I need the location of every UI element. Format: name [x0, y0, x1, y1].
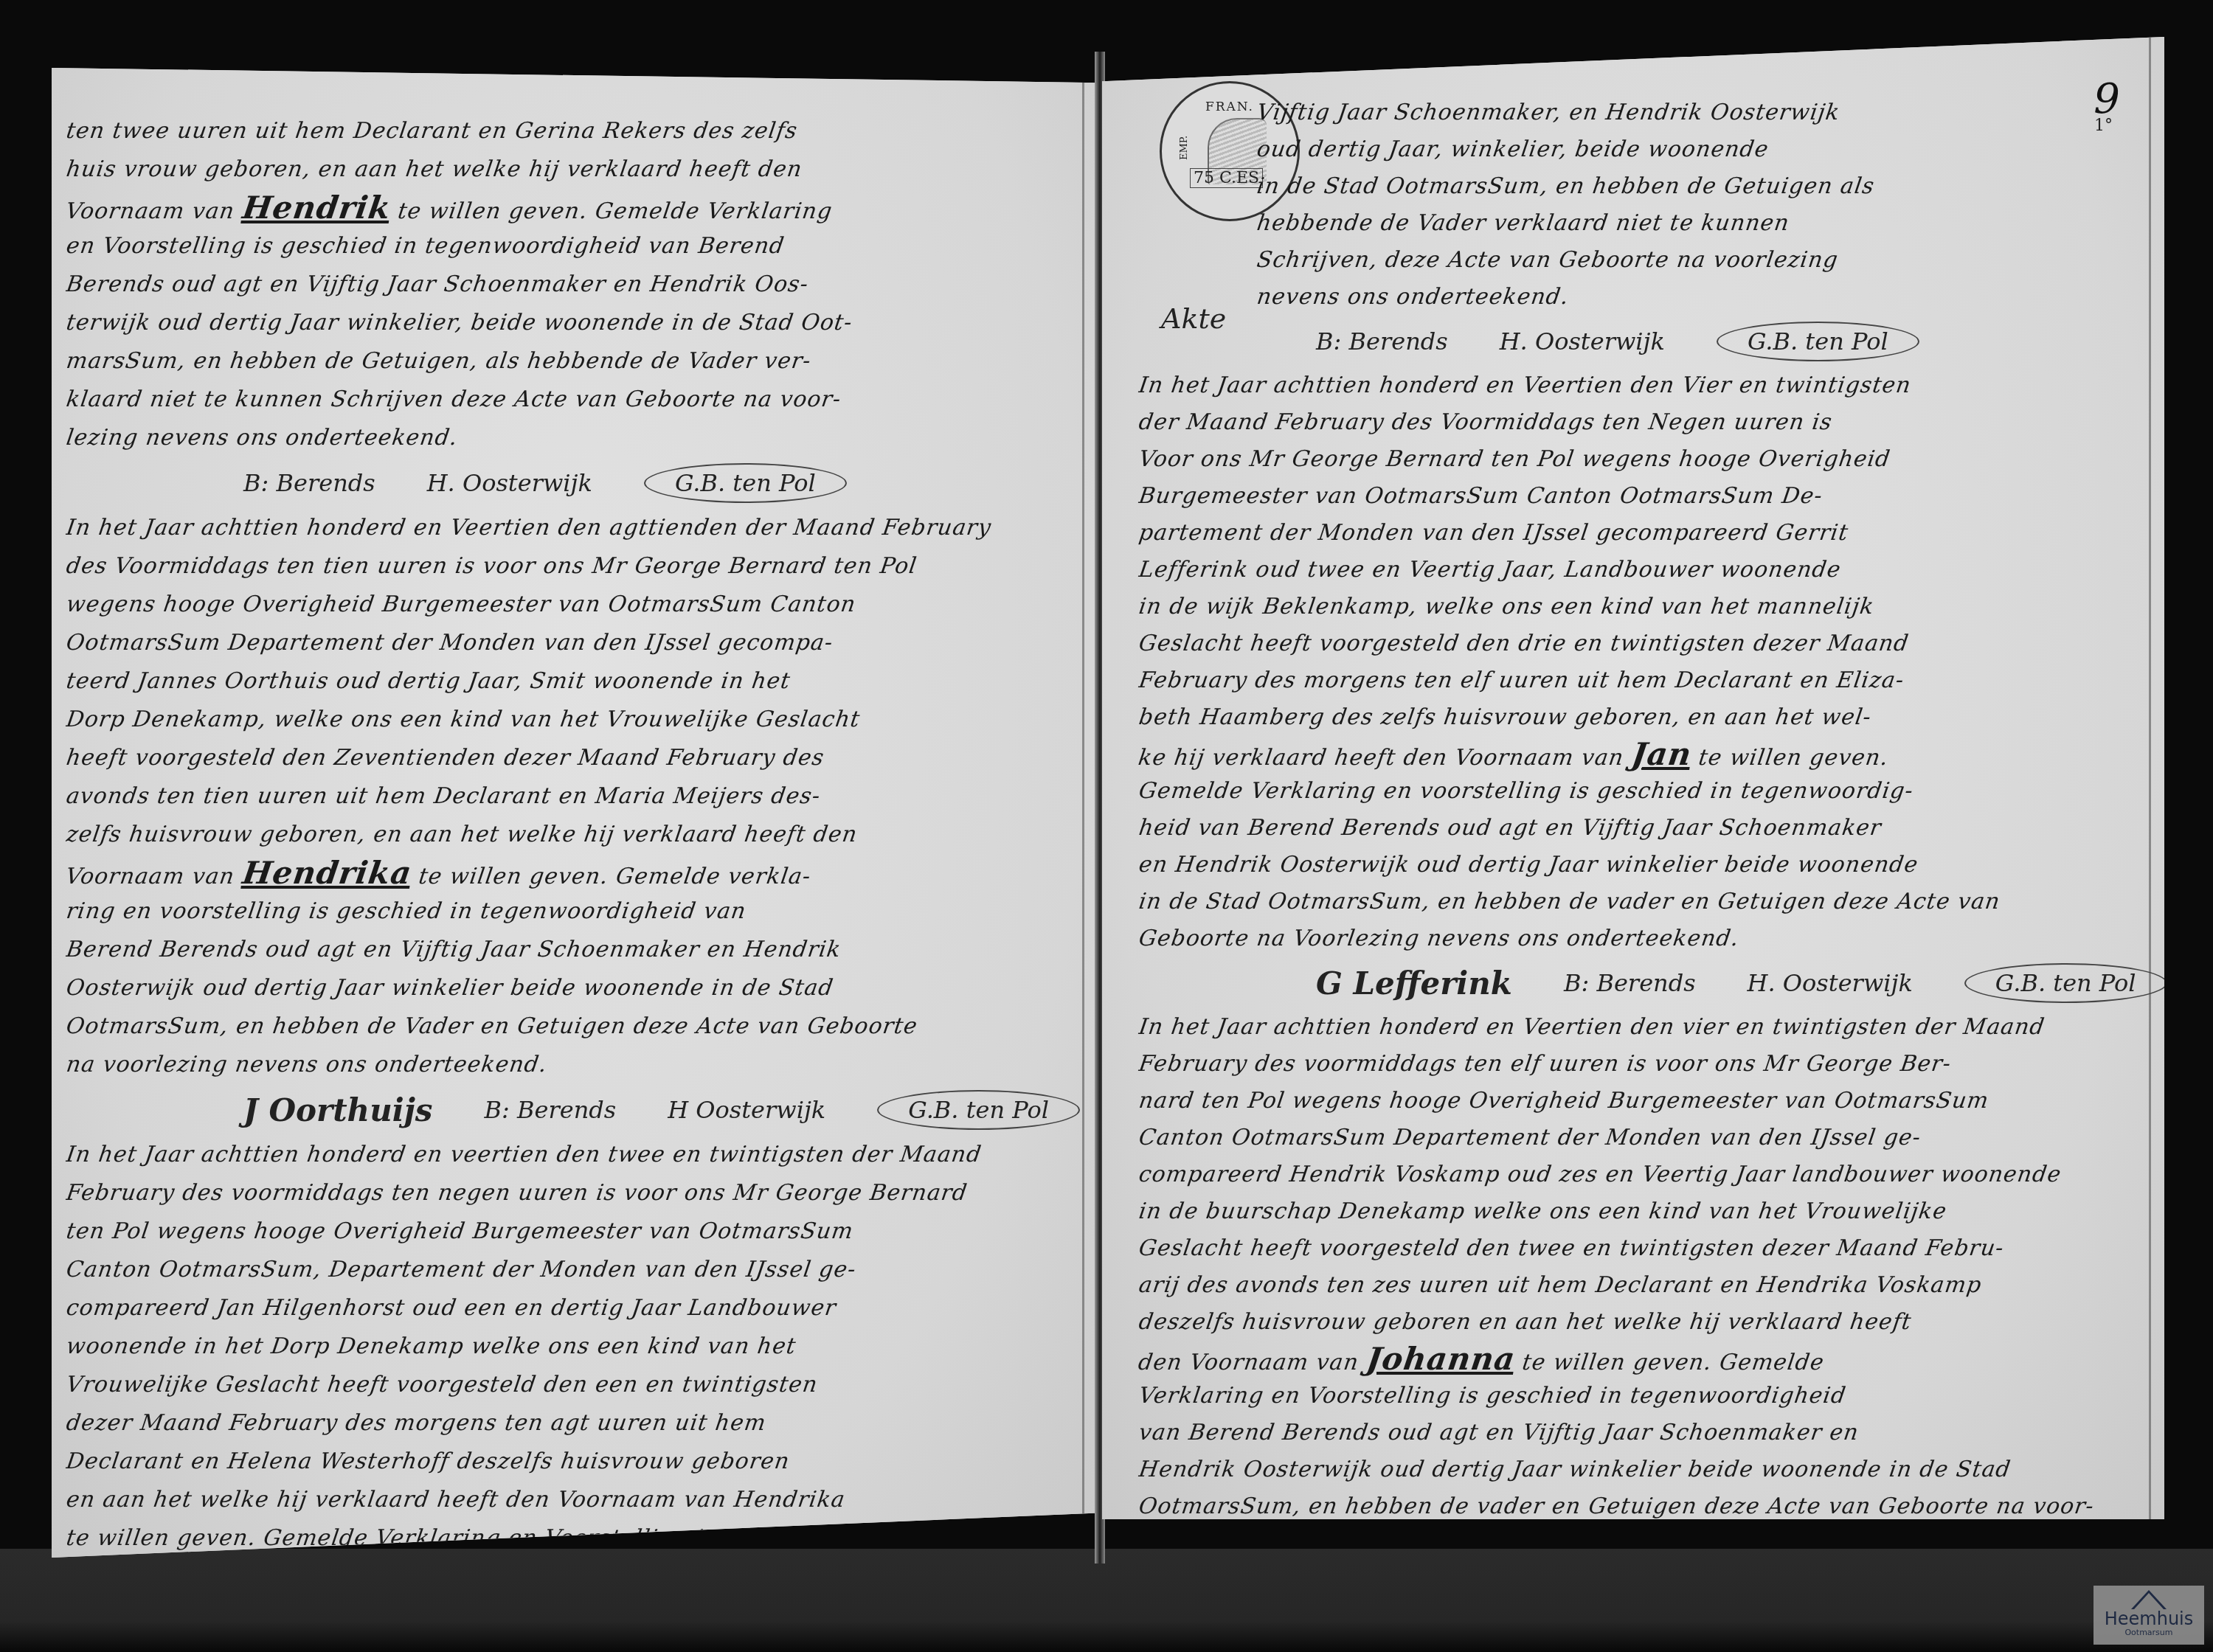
handwritten-line: beth Haamberg des zelfs huisvrouw gebore… — [1136, 699, 2164, 736]
handwritten-line: Oosterwijk oud dertig Jaar winkelier bei… — [63, 969, 1098, 1007]
given-name: Jan — [1630, 736, 1694, 772]
handwritten-line: partement der Monden van den IJssel geco… — [1136, 515, 2164, 552]
handwritten-line: Vijftig Jaar Schoenmaker, en Hendrik Oos… — [1136, 94, 2164, 131]
right-page: FRAN. EMP. 75 C.ES 9 1° Akte Vijftig Jaa… — [1102, 37, 2164, 1519]
handwritten-line: OotmarsSum, en hebben de vader en Getuig… — [1136, 1488, 2164, 1519]
handwritten-line: Geslacht heeft voorgesteld den twee en t… — [1136, 1230, 2164, 1267]
handwritten-line: Hendrik Oosterwijk oud dertig Jaar winke… — [1136, 1451, 2164, 1488]
signature: H Oosterwijk — [668, 1096, 825, 1124]
handwritten-line: Voornaam van Hendrika te willen geven. G… — [63, 854, 1098, 892]
handwritten-line: OotmarsSum Departement der Monden van de… — [63, 624, 1098, 662]
signature-row: B: BerendsH. OosterwijkG.B. ten Pol — [66, 457, 1098, 509]
birth-record-jan-lefferink: In het Jaar achttien honderd en Veertien… — [1139, 367, 2164, 957]
handwritten-line: Geboorte na Voorlezing nevens ons ondert… — [1136, 920, 2164, 957]
birth-record-hendrika-hilgenhorst: In het Jaar achttien honderd en veertien… — [66, 1136, 1098, 1558]
handwritten-line: Gemelde Verklaring en voorstelling is ge… — [1136, 773, 2164, 810]
handwritten-line: na voorlezing nevens ons onderteekend. — [63, 1046, 1098, 1084]
house-roof-icon — [2131, 1590, 2167, 1609]
handwritten-line: in de Stad OotmarsSum, en hebben de vade… — [1136, 884, 2164, 920]
signature: J Oorthuijs — [243, 1092, 433, 1128]
handwritten-line: Canton OotmarsSum, Departement der Monde… — [63, 1251, 1098, 1289]
signature: B: Berends — [1316, 327, 1448, 355]
handwritten-line: In het Jaar achttien honderd en Veertien… — [1136, 1009, 2164, 1046]
handwritten-line: Verklaring en Voorstelling is geschied i… — [1136, 1378, 2164, 1415]
handwritten-line: compareerd Hendrik Voskamp oud zes en Ve… — [1136, 1156, 2164, 1193]
watermark-place: Ootmarsum — [2093, 1628, 2204, 1637]
signature: H. Oosterwijk — [1748, 969, 1913, 997]
handwritten-line: ten Pol wegens hooge Overigheid Burgemee… — [63, 1212, 1098, 1251]
handwritten-line: Dorp Denekamp, welke ons een kind van he… — [63, 701, 1098, 739]
heemhuis-watermark: Heemhuis Ootmarsum — [2093, 1586, 2204, 1645]
watermark-brand: Heemhuis — [2093, 1609, 2204, 1628]
signature-row: G LefferinkB: BerendsH. OosterwijkG.B. t… — [1139, 957, 2164, 1009]
left-page-text: ten twee uuren uit hem Declarant en Geri… — [52, 112, 1098, 1558]
handwritten-line: Burgemeester van OotmarsSum Canton Ootma… — [1136, 478, 2164, 515]
handwritten-line: February des morgens ten elf uuren uit h… — [1136, 662, 2164, 699]
handwritten-line: nard ten Pol wegens hooge Overigheid Bur… — [1136, 1083, 2164, 1120]
handwritten-line: avonds ten tien uuren uit hem Declarant … — [63, 777, 1098, 816]
handwritten-line: In het Jaar achttien honderd en Veertien… — [63, 509, 1098, 547]
handwritten-line: Voor ons Mr George Bernard ten Pol wegen… — [1136, 441, 2164, 478]
given-name: Johanna — [1365, 1341, 1518, 1377]
handwritten-line: arij des avonds ten zes uuren uit hem De… — [1136, 1267, 2164, 1304]
handwritten-line: Vrouwelijke Geslacht heeft voorgesteld d… — [63, 1366, 1098, 1404]
handwritten-line: oud dertig Jaar, winkelier, beide woonen… — [1136, 131, 2164, 168]
left-page: ten twee uuren uit hem Declarant en Geri… — [52, 68, 1098, 1558]
handwritten-line: Berend Berends oud agt en Vijftig Jaar S… — [63, 931, 1098, 969]
handwritten-line: en Hendrik Oosterwijk oud dertig Jaar wi… — [1136, 847, 2164, 884]
handwritten-line: Berends oud agt en Vijftig Jaar Schoenma… — [63, 265, 1098, 304]
handwritten-line: teerd Jannes Oorthuis oud dertig Jaar, S… — [63, 662, 1098, 701]
handwritten-line: marsSum, en hebben de Getuigen, als hebb… — [63, 342, 1098, 381]
handwritten-line: heid van Berend Berends oud agt en Vijft… — [1136, 810, 2164, 847]
handwritten-line: heeft voorgesteld den Zeventienden dezer… — [63, 739, 1098, 777]
handwritten-line: ten twee uuren uit hem Declarant en Geri… — [63, 112, 1098, 150]
birth-record-johanna-voskamp: In het Jaar achttien honderd en Veertien… — [1139, 1009, 2164, 1519]
right-page-text: Vijftig Jaar Schoenmaker, en Hendrik Oos… — [1102, 94, 2164, 1519]
handwritten-line: in de wijk Beklenkamp, welke ons een kin… — [1136, 589, 2164, 625]
handwritten-line: Declarant en Helena Westerhoff deszelfs … — [63, 1443, 1098, 1481]
handwritten-line: den Voornaam van Johanna te willen geven… — [1136, 1341, 2164, 1378]
signature: B: Berends — [485, 1096, 617, 1124]
handwritten-line: Lefferink oud twee en Veertig Jaar, Land… — [1136, 552, 2164, 589]
signature: B: Berends — [243, 469, 375, 497]
handwritten-line: en Voorstelling is geschied in tegenwoor… — [63, 227, 1098, 265]
handwritten-line: February des voormiddags ten negen uuren… — [63, 1174, 1098, 1212]
handwritten-line: der Maand February des Voormiddags ten N… — [1136, 404, 2164, 441]
handwritten-line: ring en voorstelling is geschied in tege… — [63, 892, 1098, 931]
signature-row: B: BerendsH. OosterwijkG.B. ten Pol — [1139, 316, 2164, 367]
handwritten-line: wegens hooge Overigheid Burgemeester van… — [63, 586, 1098, 624]
handwritten-line: Geslacht heeft voorgesteld den drie en t… — [1136, 625, 2164, 662]
birth-record-hendrika-oorthuis: In het Jaar achttien honderd en Veertien… — [66, 509, 1098, 1084]
signature: H. Oosterwijk — [427, 469, 592, 497]
record-continued: ten twee uuren uit hem Declarant en Geri… — [66, 112, 1098, 457]
signature: H. Oosterwijk — [1500, 327, 1665, 355]
handwritten-line: hebbende de Vader verklaard niet te kunn… — [1136, 205, 2164, 242]
handwritten-line: zelfs huisvrouw geboren, en aan het welk… — [63, 816, 1098, 854]
handwritten-line: Schrijven, deze Acte van Geboorte na voo… — [1136, 242, 2164, 279]
handwritten-line: woonende in het Dorp Denekamp welke ons … — [63, 1327, 1098, 1366]
given-name: Hendrika — [240, 855, 415, 891]
mayor-signature: G.B. ten Pol — [877, 1090, 1080, 1130]
handwritten-line: compareerd Jan Hilgenhorst oud een en de… — [63, 1289, 1098, 1327]
handwritten-line: dezer Maand February des morgens ten agt… — [63, 1404, 1098, 1443]
handwritten-line: Canton OotmarsSum Departement der Monden… — [1136, 1120, 2164, 1156]
handwritten-line: Voornaam van Hendrik te willen geven. Ge… — [63, 189, 1098, 227]
signature: B: Berends — [1564, 969, 1696, 997]
handwritten-line: OotmarsSum, en hebben de Vader en Getuig… — [63, 1007, 1098, 1046]
mayor-signature: G.B. ten Pol — [644, 463, 847, 503]
mayor-signature: G.B. ten Pol — [1717, 322, 1919, 361]
given-name: Hendrik — [240, 190, 393, 226]
signature-row: J OorthuijsB: BerendsH OosterwijkG.B. te… — [66, 1084, 1098, 1136]
handwritten-line: In het Jaar achttien honderd en veertien… — [63, 1136, 1098, 1174]
signature: G Lefferink — [1316, 965, 1512, 1002]
handwritten-line: klaard niet te kunnen Schrijven deze Act… — [63, 381, 1098, 419]
handwritten-line: des Voormiddags ten tien uuren is voor o… — [63, 547, 1098, 586]
handwritten-line: In het Jaar achttien honderd en Veertien… — [1136, 367, 2164, 404]
handwritten-line: huis vrouw geboren, en aan het welke hij… — [63, 150, 1098, 189]
handwritten-line: ke hij verklaard heeft den Voornaam van … — [1136, 736, 2164, 773]
handwritten-line: deszelfs huisvrouw geboren en aan het we… — [1136, 1304, 2164, 1341]
handwritten-line: nevens ons onderteekend. — [1136, 279, 2164, 316]
handwritten-line: van Berend Berends oud agt en Vijftig Ja… — [1136, 1415, 2164, 1451]
mayor-signature: G.B. ten Pol — [1964, 963, 2164, 1003]
scanner-bed — [0, 1549, 2213, 1652]
handwritten-line: terwijk oud dertig Jaar winkelier, beide… — [63, 304, 1098, 342]
handwritten-line: in de buurschap Denekamp welke ons een k… — [1136, 1193, 2164, 1230]
record-continued: Vijftig Jaar Schoenmaker, en Hendrik Oos… — [1139, 94, 2164, 316]
handwritten-line: February des voormiddags ten elf uuren i… — [1136, 1046, 2164, 1083]
handwritten-line: en aan het welke hij verklaard heeft den… — [63, 1481, 1098, 1519]
handwritten-line: lezing nevens ons onderteekend. — [63, 419, 1098, 457]
handwritten-line: in de Stad OotmarsSum, en hebben de Getu… — [1136, 168, 2164, 205]
